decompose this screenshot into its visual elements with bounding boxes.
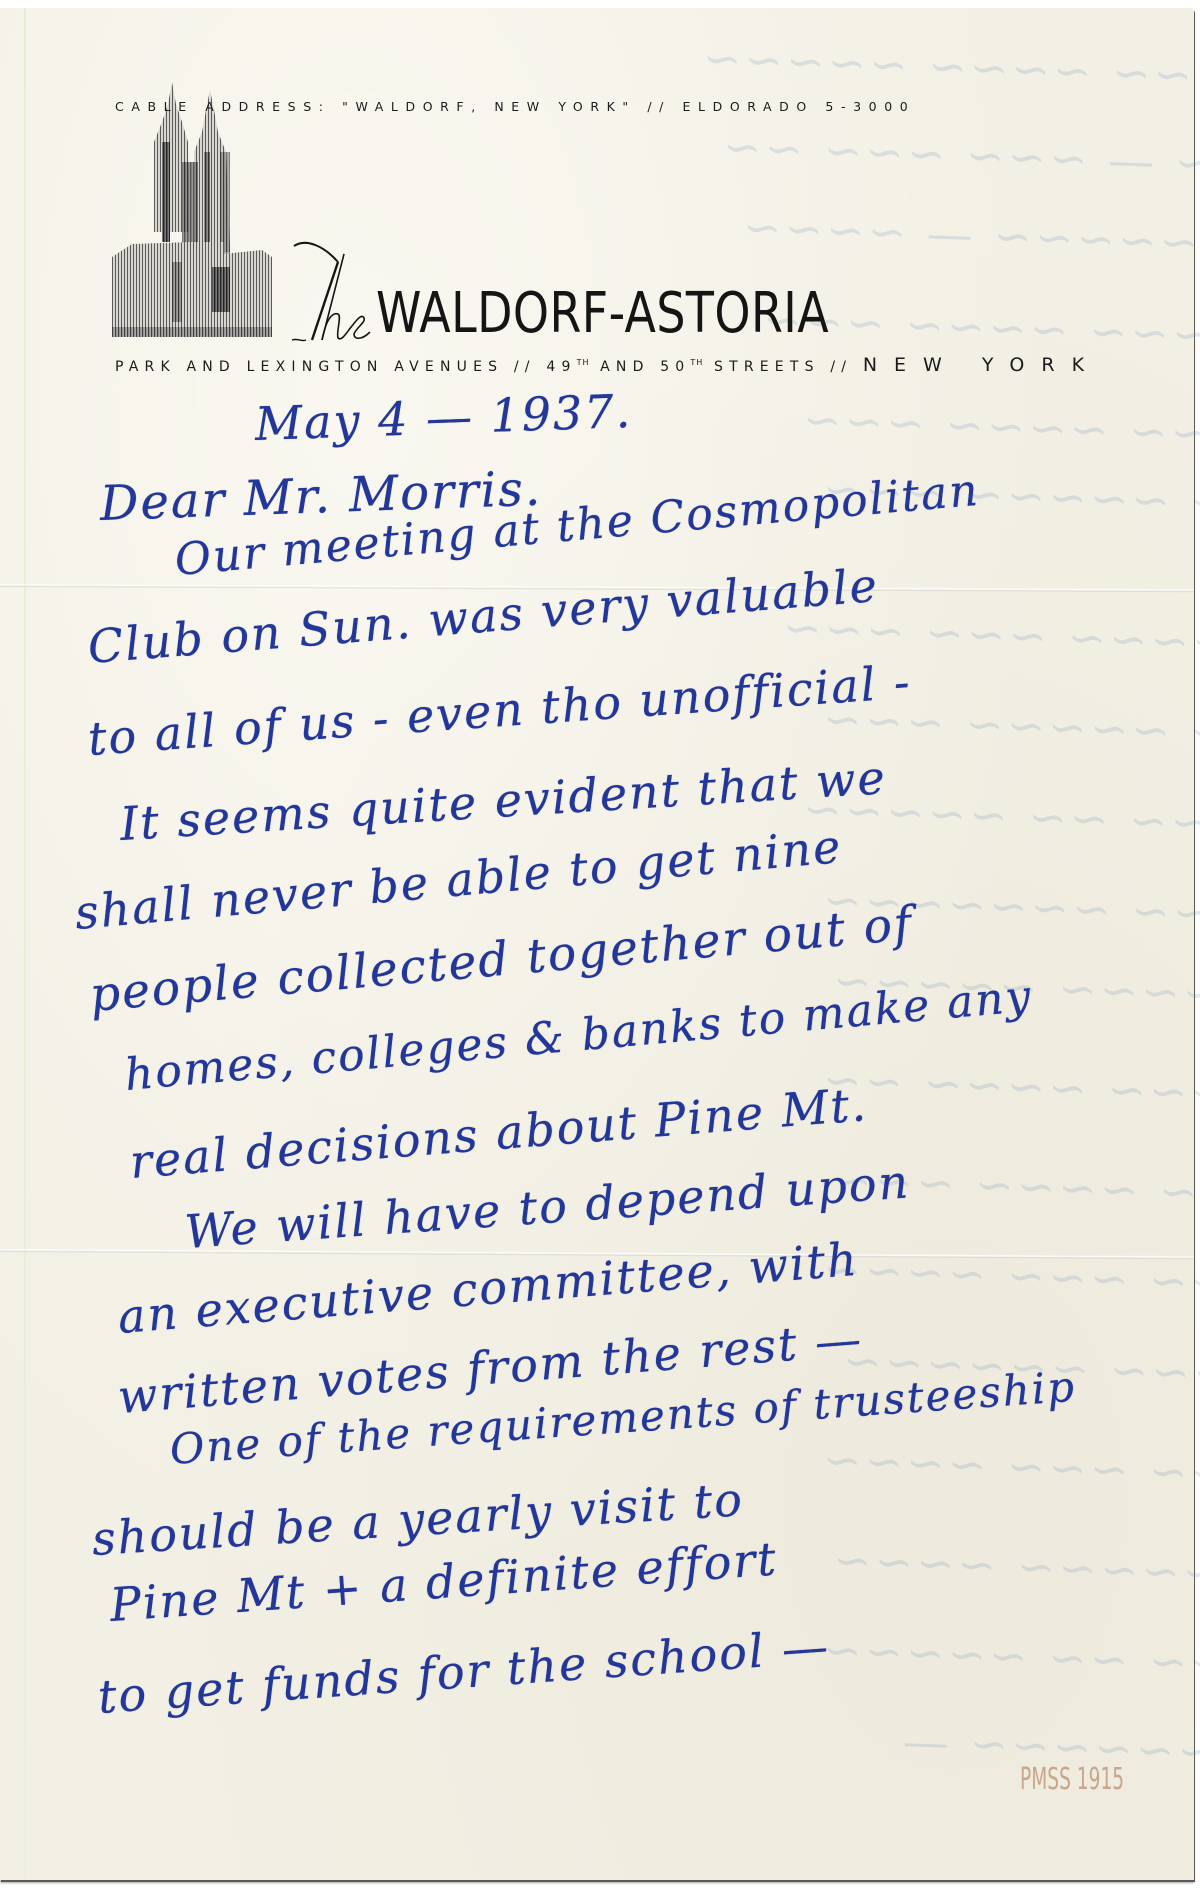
hotel-name-logotype: WALDORF-ASTORIA (376, 286, 829, 342)
cable-address-line: CABLE ADDRESS: "WALDORF, NEW YORK" // EL… (115, 99, 1145, 114)
address-part: PARK AND LEXINGTON AVENUES // 49 (115, 359, 577, 375)
ordinal-suffix: TH (577, 358, 590, 367)
the-script-logotype (292, 240, 372, 344)
hotel-address-line: PARK AND LEXINGTON AVENUES // 49TH AND 5… (115, 354, 1101, 376)
hotel-building-illustration (112, 82, 302, 342)
archive-stamp: PMSS 1915 (1020, 1762, 1124, 1797)
address-city: NEW YORK (863, 354, 1101, 376)
paper-edge-highlight (24, 8, 26, 1880)
ordinal-suffix: TH (690, 358, 703, 367)
address-part: AND 50 (589, 359, 690, 375)
address-part: STREETS // (703, 359, 862, 375)
